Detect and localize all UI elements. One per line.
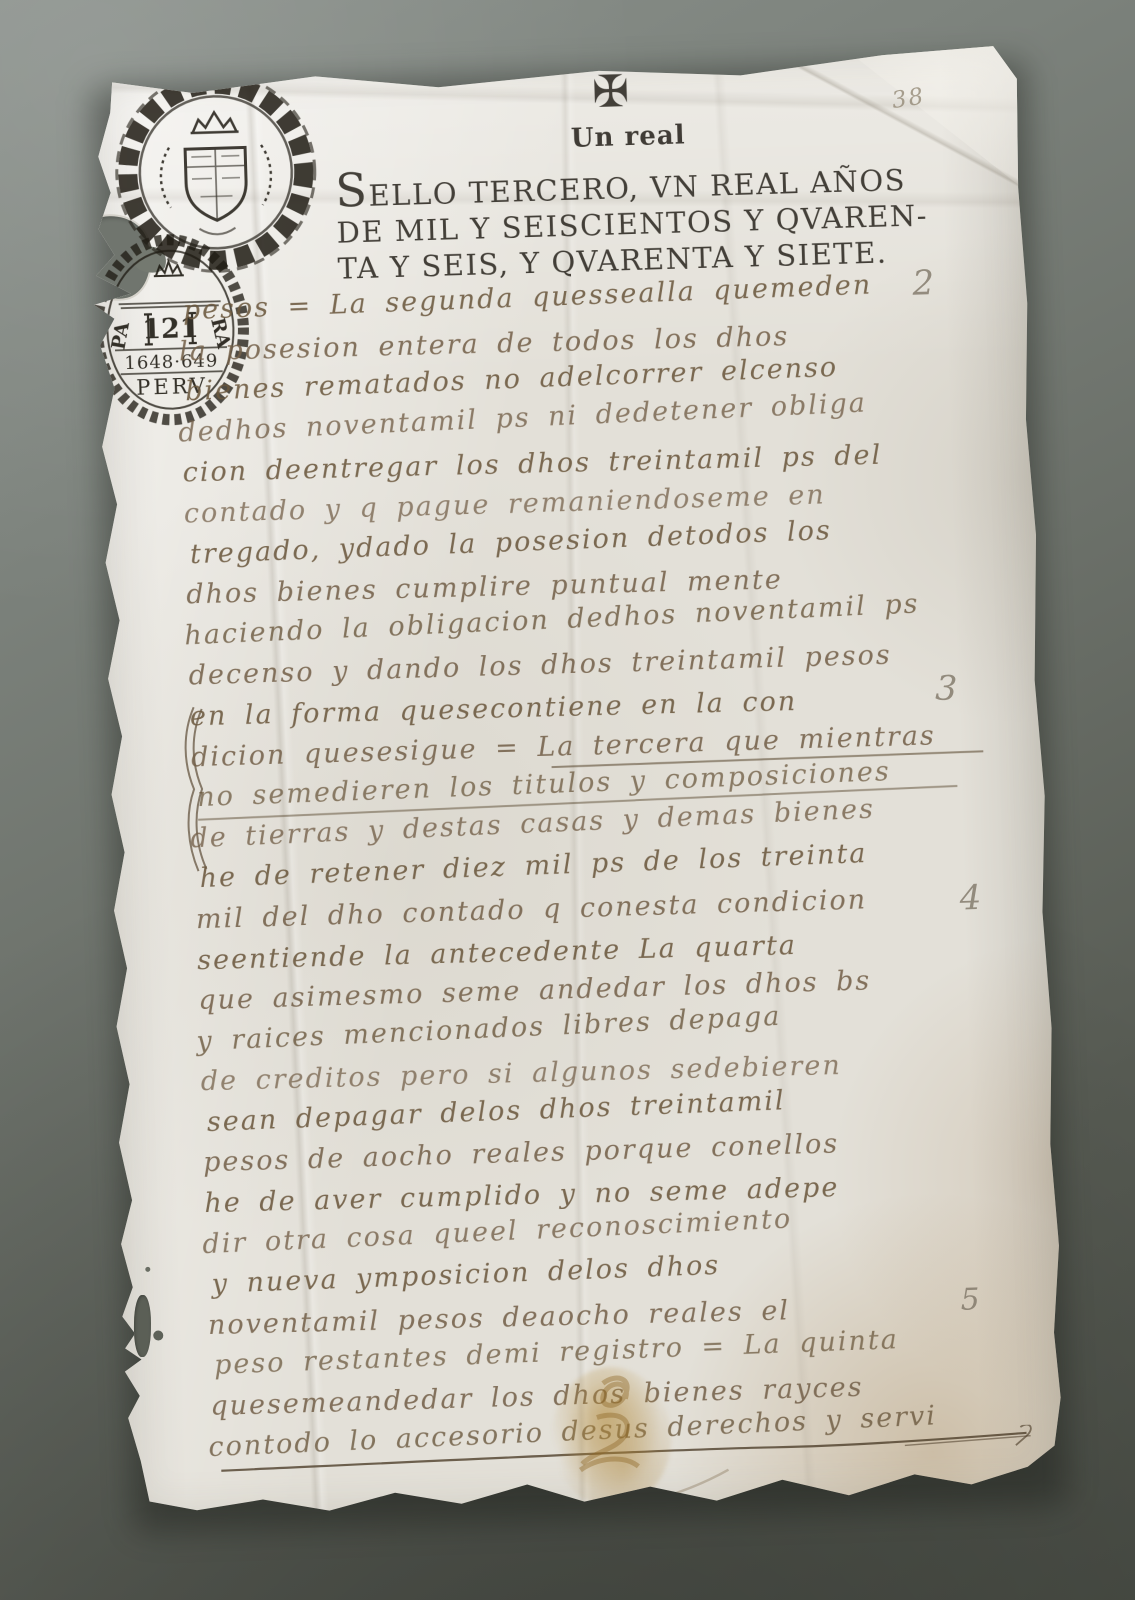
paper-hole-dot: [153, 1330, 163, 1340]
document-page: ✠ 38 Un real SELLO TERCERO, VN REAL AÑOS…: [79, 42, 1067, 1519]
paper-hole-speck: [145, 1267, 150, 1272]
manuscript-body: pesos = La segunda quessealla quemeden l…: [177, 272, 1012, 1472]
margin-number: 4: [959, 878, 982, 919]
paper-slot-hole: [134, 1295, 151, 1357]
stamp-text-pa: PA: [107, 320, 134, 351]
maltese-cross-icon: ✠: [565, 65, 656, 119]
folio-number: 38: [890, 83, 927, 114]
tax-denomination-label: Un real: [571, 120, 686, 153]
margin-number: 3: [935, 668, 958, 709]
photo-backdrop: ✠ 38 Un real SELLO TERCERO, VN REAL AÑOS…: [0, 0, 1135, 1600]
margin-number: 2: [912, 263, 935, 304]
margin-number: 5: [960, 1282, 980, 1318]
printed-seal-header: SELLO TERCERO, VN REAL AÑOS DE MIL Y SEI…: [335, 154, 958, 286]
